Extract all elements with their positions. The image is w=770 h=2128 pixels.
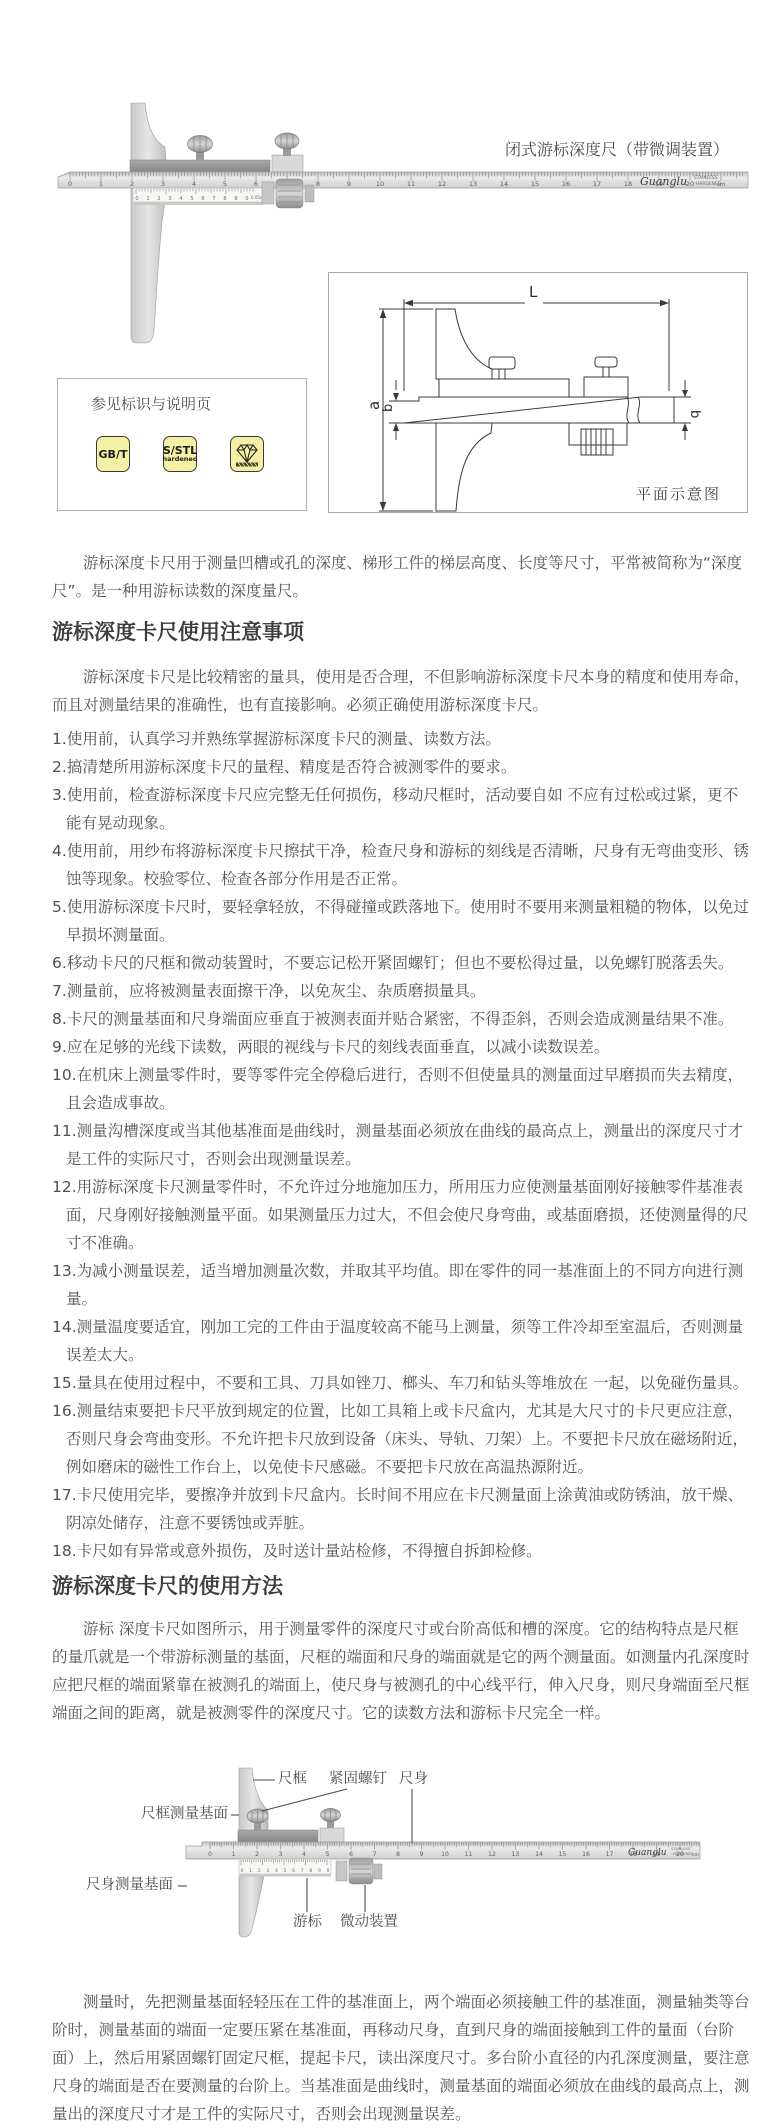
- svg-text:0: 0: [327, 1868, 330, 1874]
- svg-text:0: 0: [68, 180, 72, 188]
- label-frame: 尺框: [278, 1771, 307, 1787]
- svg-text:8: 8: [223, 196, 226, 202]
- svg-text:14: 14: [500, 180, 508, 188]
- gbt-standard-badge: GB/T: [96, 436, 130, 472]
- svg-text:16: 16: [582, 1851, 590, 1858]
- svg-text:7: 7: [212, 196, 215, 202]
- caliper2-scale-numbers: 01234567891011121314151617181920: [208, 1851, 684, 1858]
- svg-text:0: 0: [245, 196, 248, 202]
- notes-section-heading: 游标深度卡尺使用注意事项: [52, 618, 750, 646]
- svg-text:12: 12: [438, 180, 446, 188]
- svg-text:1: 1: [99, 180, 103, 188]
- svg-text:9: 9: [234, 196, 237, 202]
- svg-text:0: 0: [208, 1851, 212, 1858]
- svg-text:14: 14: [535, 1851, 543, 1858]
- svg-text:15: 15: [531, 180, 539, 188]
- svg-text:12: 12: [488, 1851, 496, 1858]
- top-figures-area: 01234567891011121314151617181920 cm Guan…: [0, 0, 770, 540]
- svg-text:2: 2: [255, 1851, 259, 1858]
- note-item: 用游标深度卡尺测量零件时，不允许过分地施加压力，所用压力应使测量基面刚好接触零件…: [52, 1173, 750, 1257]
- reference-box-title: 参见标识与说明页: [91, 393, 211, 414]
- svg-text:3: 3: [266, 1868, 269, 1874]
- label-fine-adjust: 微动装置: [340, 1914, 398, 1930]
- beam-scale-numbers: 01234567891011121314151617181920: [68, 180, 694, 188]
- svg-text:8: 8: [309, 1868, 312, 1874]
- svg-text:5: 5: [284, 1868, 287, 1874]
- svg-text:8: 8: [316, 180, 320, 188]
- diagram-caption: 平面示意图: [636, 483, 721, 504]
- svg-text:11: 11: [407, 180, 415, 188]
- vernier-slide-shadow: [133, 202, 263, 205]
- label-beam: 尺身: [399, 1771, 428, 1787]
- svg-text:2: 2: [130, 180, 134, 188]
- svg-text:3: 3: [279, 1851, 283, 1858]
- diamond-icon: [233, 440, 261, 468]
- brand-mark: Guanglu STAINLESS HARDENED: [640, 175, 722, 188]
- note-item: 卡尺使用完毕，要擦净并放到卡尺盒内。长时间不用应在卡尺测量面上涂黄油或防锈油，放…: [52, 1481, 750, 1537]
- label-beam-face: 尺身测量基面: [86, 1877, 173, 1893]
- caliper-blade-upper: [131, 103, 166, 161]
- svg-text:6: 6: [349, 1851, 353, 1858]
- svg-text:8: 8: [396, 1851, 400, 1858]
- carbide-diamond-badge: [230, 436, 264, 472]
- labeled-caliper-figure: 01234567891011121314151617181920 cm Guan…: [0, 1766, 770, 1986]
- svg-text:2: 2: [157, 196, 160, 202]
- caliper2-vernier-shadow: [239, 1874, 331, 1877]
- caliper-blade-lower: [131, 187, 167, 343]
- label-frame-face: 尺框测量基面: [141, 1806, 228, 1822]
- svg-text:0: 0: [135, 196, 138, 202]
- page: { "ruler": { "numbers": ["0","1","2","3"…: [0, 0, 770, 2100]
- label-lock-screw: 紧固螺钉: [329, 1771, 387, 1787]
- fine-adjust-screw: [275, 133, 299, 156]
- figure1-caption: 闭式游标深度尺（带微调装置）: [505, 137, 729, 160]
- dim-label-b-left: b: [381, 404, 396, 412]
- caliper2-blade-lower: [239, 1876, 264, 1937]
- svg-text:Guanglu: Guanglu: [640, 175, 687, 188]
- svg-text:3: 3: [161, 180, 165, 188]
- plan-view-diagram: L a b b: [329, 273, 747, 512]
- svg-text:13: 13: [469, 180, 477, 188]
- usage-section-heading: 游标深度卡尺的使用方法: [52, 1572, 750, 1600]
- svg-text:7: 7: [373, 1851, 377, 1858]
- svg-text:6: 6: [292, 1868, 295, 1874]
- svg-text:11: 11: [465, 1851, 473, 1858]
- label-vernier: 游标: [293, 1914, 322, 1930]
- closing-paragraph: 测量时，先把测量基面轻轻压在工件的基准面上，两个端面必须接触工件的基准面，测量轴…: [52, 1988, 750, 2128]
- lock-screw: [188, 136, 213, 162]
- note-item: 测量结束要把卡尺平放到规定的位置，比如工具箱上或卡尺盒内，尤其是大尺寸的卡尺更应…: [52, 1397, 750, 1481]
- note-item: 量具在使用过程中，不要和工具、刀具如锉刀、榔头、车刀和钻头等堆放在 一起，以免碰…: [52, 1369, 750, 1397]
- note-item: 测量前，应将被测量表面擦干净，以免灰尘、杂质磨损量具。: [52, 977, 750, 1005]
- labeled-caliper-photo: 01234567891011121314151617181920 cm Guan…: [0, 1766, 770, 1986]
- article-body: 游标深度卡尺用于测量凹槽或孔的深度、梯形工件的梯层高度、长度等尺寸，平常被简称为…: [52, 549, 750, 2128]
- note-item: 在机床上测量零件时，要等零件完全停稳后进行，否则不但使量具的测量面过早磨损而失去…: [52, 1061, 750, 1117]
- svg-text:16: 16: [562, 180, 570, 188]
- note-item: 移动卡尺的尺框和微动装置时，不要忘记松开紧固螺钉；但也不要松得过量，以免螺钉脱落…: [52, 949, 750, 977]
- svg-text:0: 0: [241, 1868, 244, 1874]
- svg-text:1: 1: [146, 196, 149, 202]
- svg-text:6: 6: [201, 196, 204, 202]
- plan-diagram-box: L a b b 平面示意图: [328, 272, 748, 513]
- note-item: 测量温度要适宜，刚加工完的工件由于温度较高不能马上测量，须等工件冷却至室温后，否…: [52, 1313, 750, 1369]
- caliper2-fine-adjust-device: [336, 1858, 382, 1884]
- vernier-slide: [133, 188, 263, 202]
- reference-marks-box: 参见标识与说明页 GB/T S/STL hardened: [57, 378, 307, 511]
- svg-text:6: 6: [254, 180, 258, 188]
- svg-text:4: 4: [275, 1868, 278, 1874]
- svg-text:5: 5: [326, 1851, 330, 1858]
- svg-text:4: 4: [192, 180, 196, 188]
- svg-text:18: 18: [624, 180, 632, 188]
- usage-paragraph: 游标 深度卡尺如图所示，用于测量零件的深度尺寸或台阶高低和槽的深度。它的结构特点…: [52, 1615, 750, 1727]
- dim-label-b-right: b: [687, 410, 702, 418]
- svg-text:10: 10: [376, 180, 384, 188]
- svg-text:HARDENED: HARDENED: [696, 181, 722, 187]
- note-item: 应在足够的光线下读数，两眼的视线与卡尺的刻线表面垂直，以减小读数误差。: [52, 1033, 750, 1061]
- svg-text:13: 13: [512, 1851, 520, 1858]
- caliper2-fine-screw: [321, 1809, 341, 1829]
- svg-text:1: 1: [232, 1851, 236, 1858]
- note-item: 卡尺如有异常或意外损伤，及时送计量站检修，不得擅自拆卸检修。: [52, 1537, 750, 1565]
- caliper2-fine-block: [320, 1828, 344, 1842]
- svg-text:STAINLESS: STAINLESS: [671, 1847, 691, 1851]
- stainless-hardened-badge: S/STL hardened: [163, 436, 197, 472]
- svg-text:10: 10: [441, 1851, 449, 1858]
- svg-text:3: 3: [168, 196, 171, 202]
- caliper2-frame-block: [238, 1830, 318, 1842]
- svg-text:HARDENED: HARDENED: [673, 1852, 694, 1856]
- svg-text:1: 1: [249, 1868, 252, 1874]
- caliper-frame-block: [130, 160, 270, 172]
- dim-label-length: L: [529, 283, 538, 301]
- svg-text:9: 9: [347, 180, 351, 188]
- fine-adjust-block: [272, 155, 303, 172]
- intro-paragraph: 游标深度卡尺用于测量凹槽或孔的深度、梯形工件的梯层高度、长度等尺寸，平常被简称为…: [52, 549, 750, 605]
- svg-text:Guanglu: Guanglu: [628, 1848, 667, 1858]
- svg-text:7: 7: [301, 1868, 304, 1874]
- svg-text:4: 4: [302, 1851, 306, 1858]
- note-item: 搞清楚所用游标深度卡尺的量程、精度是否符合被测零件的要求。: [52, 753, 750, 781]
- note-item: 使用游标深度卡尺时，要轻拿轻放，不得碰撞或跌落地下。使用时不要用来测量粗糙的物体…: [52, 893, 750, 949]
- note-item: 测量沟槽深度或当其他基准面是曲线时，测量基面必须放在曲线的最高点上，测量出的深度…: [52, 1117, 750, 1173]
- svg-text:9: 9: [318, 1868, 321, 1874]
- svg-text:4: 4: [179, 196, 182, 202]
- svg-text:STAINLESS: STAINLESS: [694, 175, 718, 181]
- svg-text:9: 9: [420, 1851, 424, 1858]
- note-item: 为减小测量误差，适当增加测量次数，并取其平均值。即在零件的同一基准面上的不同方向…: [52, 1257, 750, 1313]
- note-item: 卡尺的测量基面和尺身端面应垂直于被测表面并贴合紧密，不得歪斜，否则会造成测量结果…: [52, 1005, 750, 1033]
- note-item: 使用前，用纱布将游标深度卡尺擦拭干净，检查尺身和游标的刻线是否清晰，尺身有无弯曲…: [52, 837, 750, 893]
- svg-text:17: 17: [606, 1851, 614, 1858]
- standard-badges: GB/T S/STL hardened: [96, 436, 264, 472]
- note-item: 使用前，检查游标深度卡尺应完整无任何损伤，移动尺框时，活动要自如 不应有过松或过…: [52, 781, 750, 837]
- svg-text:15: 15: [559, 1851, 567, 1858]
- notes-lead-paragraph: 游标深度卡尺是比较精密的量具，使用是否合理，不但影响游标深度卡尺本身的精度和使用…: [52, 663, 750, 719]
- svg-text:5: 5: [223, 180, 227, 188]
- svg-text:17: 17: [593, 180, 601, 188]
- note-item: 使用前，认真学习并熟练掌握游标深度卡尺的测量、读数方法。: [52, 725, 750, 753]
- svg-text:2: 2: [258, 1868, 261, 1874]
- notes-list: 使用前，认真学习并熟练掌握游标深度卡尺的测量、读数方法。搞清楚所用游标深度卡尺的…: [52, 725, 750, 1565]
- svg-text:5: 5: [190, 196, 193, 202]
